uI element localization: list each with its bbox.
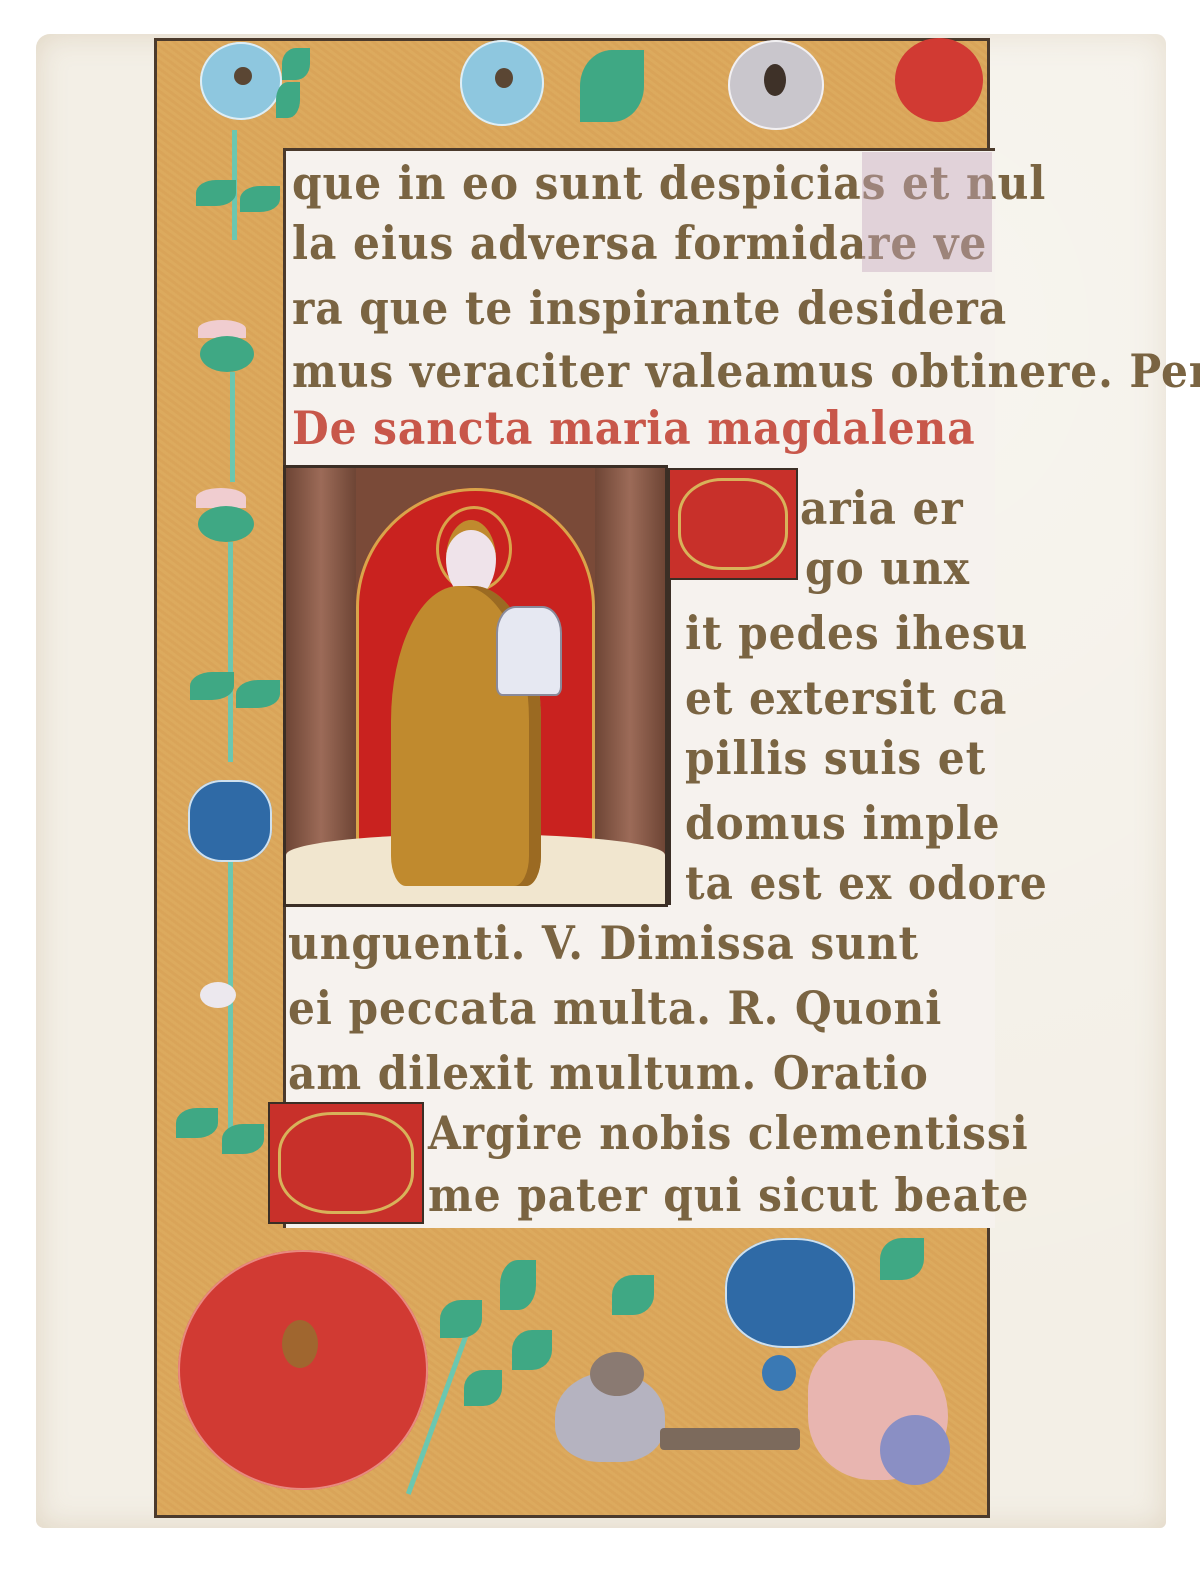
green-clover-icon (580, 50, 644, 122)
blue-four-petal-flower-icon (188, 780, 272, 862)
text-line: Argire nobis clementissi (428, 1110, 1029, 1156)
text-line: it pedes ihesu (685, 610, 1028, 656)
flower-center (764, 64, 786, 96)
white-bud-icon (200, 982, 236, 1008)
green-clover-icon (236, 680, 280, 708)
text-line: ta est ex odore (685, 860, 1048, 906)
initial-extension-line (668, 580, 671, 905)
green-clover-icon (196, 180, 236, 206)
stem (228, 542, 233, 762)
red-rose-icon (178, 1250, 428, 1490)
thistle-icon (196, 488, 246, 508)
green-clover-icon (240, 186, 280, 212)
ointment-jar-icon (496, 606, 562, 696)
left-pillar (286, 468, 356, 904)
bird-tail (660, 1428, 800, 1450)
green-clover-icon (512, 1330, 552, 1370)
decorated-initial-l (268, 1102, 424, 1224)
blue-flower-icon (725, 1238, 855, 1348)
miniature-mary-magdalene (283, 465, 668, 907)
text-line: am dilexit multum. Oratio (288, 1050, 929, 1096)
text-line: unguenti. V. Dimissa sunt (288, 920, 919, 966)
text-line: mus veraciter valeamus obtinere. Per (292, 348, 1200, 394)
green-clover-icon (500, 1260, 536, 1310)
thistle-icon (198, 506, 254, 542)
text-line: ei peccata multa. R. Quoni (288, 985, 942, 1031)
green-clover-icon (464, 1370, 502, 1406)
stem (228, 862, 233, 1152)
erasure-patch (862, 152, 992, 272)
text-line: ra que te inspirante desidera (292, 285, 1007, 331)
text-line: aria er (800, 485, 964, 531)
text-line: domus imple (685, 800, 1001, 846)
green-clover-icon (190, 672, 234, 700)
green-leaf-icon (612, 1275, 654, 1315)
text-line: pillis suis et (685, 735, 986, 781)
thistle-icon (200, 336, 254, 372)
gold-letterform (278, 1112, 414, 1214)
text-line: et extersit ca (685, 675, 1007, 721)
text-line: go unx (805, 545, 970, 591)
green-clover-icon (176, 1108, 218, 1138)
strawberry-icon (895, 38, 983, 122)
green-leaf-icon (880, 1238, 924, 1280)
flower-center (234, 67, 252, 85)
decorated-initial-m (668, 468, 798, 580)
pansy-petal-violet (880, 1415, 950, 1485)
green-clover-icon (440, 1300, 482, 1338)
green-leaf-icon (276, 82, 300, 118)
bird-head (590, 1352, 644, 1396)
blue-bud-icon (762, 1355, 796, 1391)
rubric-heading: De sancta maria magdalena (292, 405, 976, 451)
green-clover-icon (222, 1124, 264, 1154)
green-leaf-icon (282, 48, 310, 80)
stem (230, 372, 235, 482)
right-pillar (595, 468, 665, 904)
text-line: me pater qui sicut beate (428, 1172, 1029, 1218)
flower-center (495, 68, 513, 88)
rose-center (282, 1320, 318, 1368)
gold-letterform (678, 478, 788, 570)
